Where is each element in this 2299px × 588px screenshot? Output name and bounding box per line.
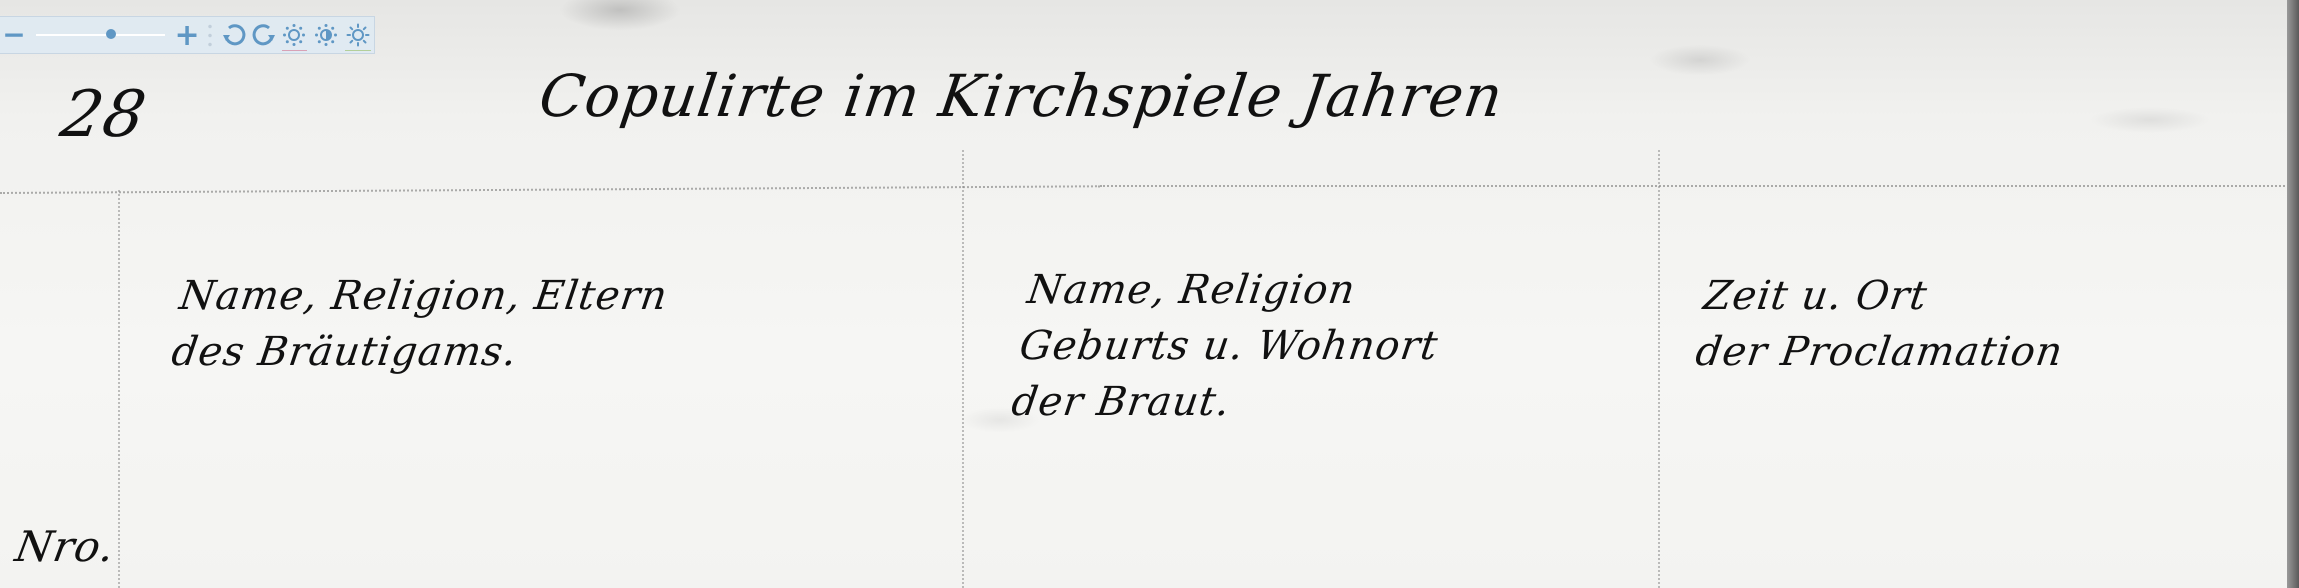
image-viewer-toolbar: − + — [0, 16, 375, 54]
plus-icon: + — [174, 18, 199, 53]
column-divider — [118, 190, 120, 588]
column-divider — [962, 150, 964, 588]
column-header-bride: Name, Religion Geburts u. Wohnort der Br… — [1008, 262, 1450, 430]
page-number: 28 — [55, 78, 151, 152]
column-header-line: Zeit u. Ort — [1700, 268, 2075, 324]
rotate-right-button[interactable] — [249, 17, 279, 53]
row-number-label: Nro. — [12, 522, 119, 571]
column-header-line: Name, Religion — [1024, 262, 1450, 318]
zoom-slider-track — [36, 34, 165, 36]
column-header-line: der Proclamation — [1692, 324, 2067, 380]
minus-icon: − — [2, 21, 25, 49]
header-rule — [0, 185, 1100, 194]
contrast-icon — [314, 23, 338, 47]
contrast-button[interactable] — [310, 17, 342, 53]
sun-icon — [346, 23, 370, 47]
document-scan: 28 Copulirte im Kirchspiele Jahren Name,… — [0, 0, 2299, 588]
rotate-left-button[interactable] — [219, 17, 249, 53]
toolbar-separator — [207, 22, 213, 48]
column-header-proclamation: Zeit u. Ort der Proclamation — [1692, 268, 2075, 380]
rotate-right-icon — [251, 22, 277, 48]
zoom-in-button[interactable]: + — [173, 17, 201, 53]
column-header-line: Name, Religion, Eltern — [176, 268, 671, 324]
zoom-slider[interactable] — [36, 17, 165, 53]
column-divider — [1658, 150, 1660, 588]
column-header-line: Geburts u. Wohnort — [1016, 318, 1442, 374]
zoom-slider-thumb[interactable] — [106, 29, 116, 39]
column-header-groom: Name, Religion, Eltern des Bräutigams. — [168, 268, 671, 380]
gamma-button[interactable] — [342, 17, 374, 53]
zoom-out-button[interactable]: − — [0, 17, 28, 53]
rotate-left-icon — [221, 22, 247, 48]
page-title: Copulirte im Kirchspiele Jahren — [535, 62, 1507, 130]
column-header-line: des Bräutigams. — [168, 324, 663, 380]
brightness-icon — [282, 23, 306, 47]
page-edge-shadow — [2287, 0, 2299, 588]
column-header-line: der Braut. — [1008, 374, 1434, 430]
brightness-button[interactable] — [279, 17, 311, 53]
header-rule — [1100, 185, 2285, 187]
